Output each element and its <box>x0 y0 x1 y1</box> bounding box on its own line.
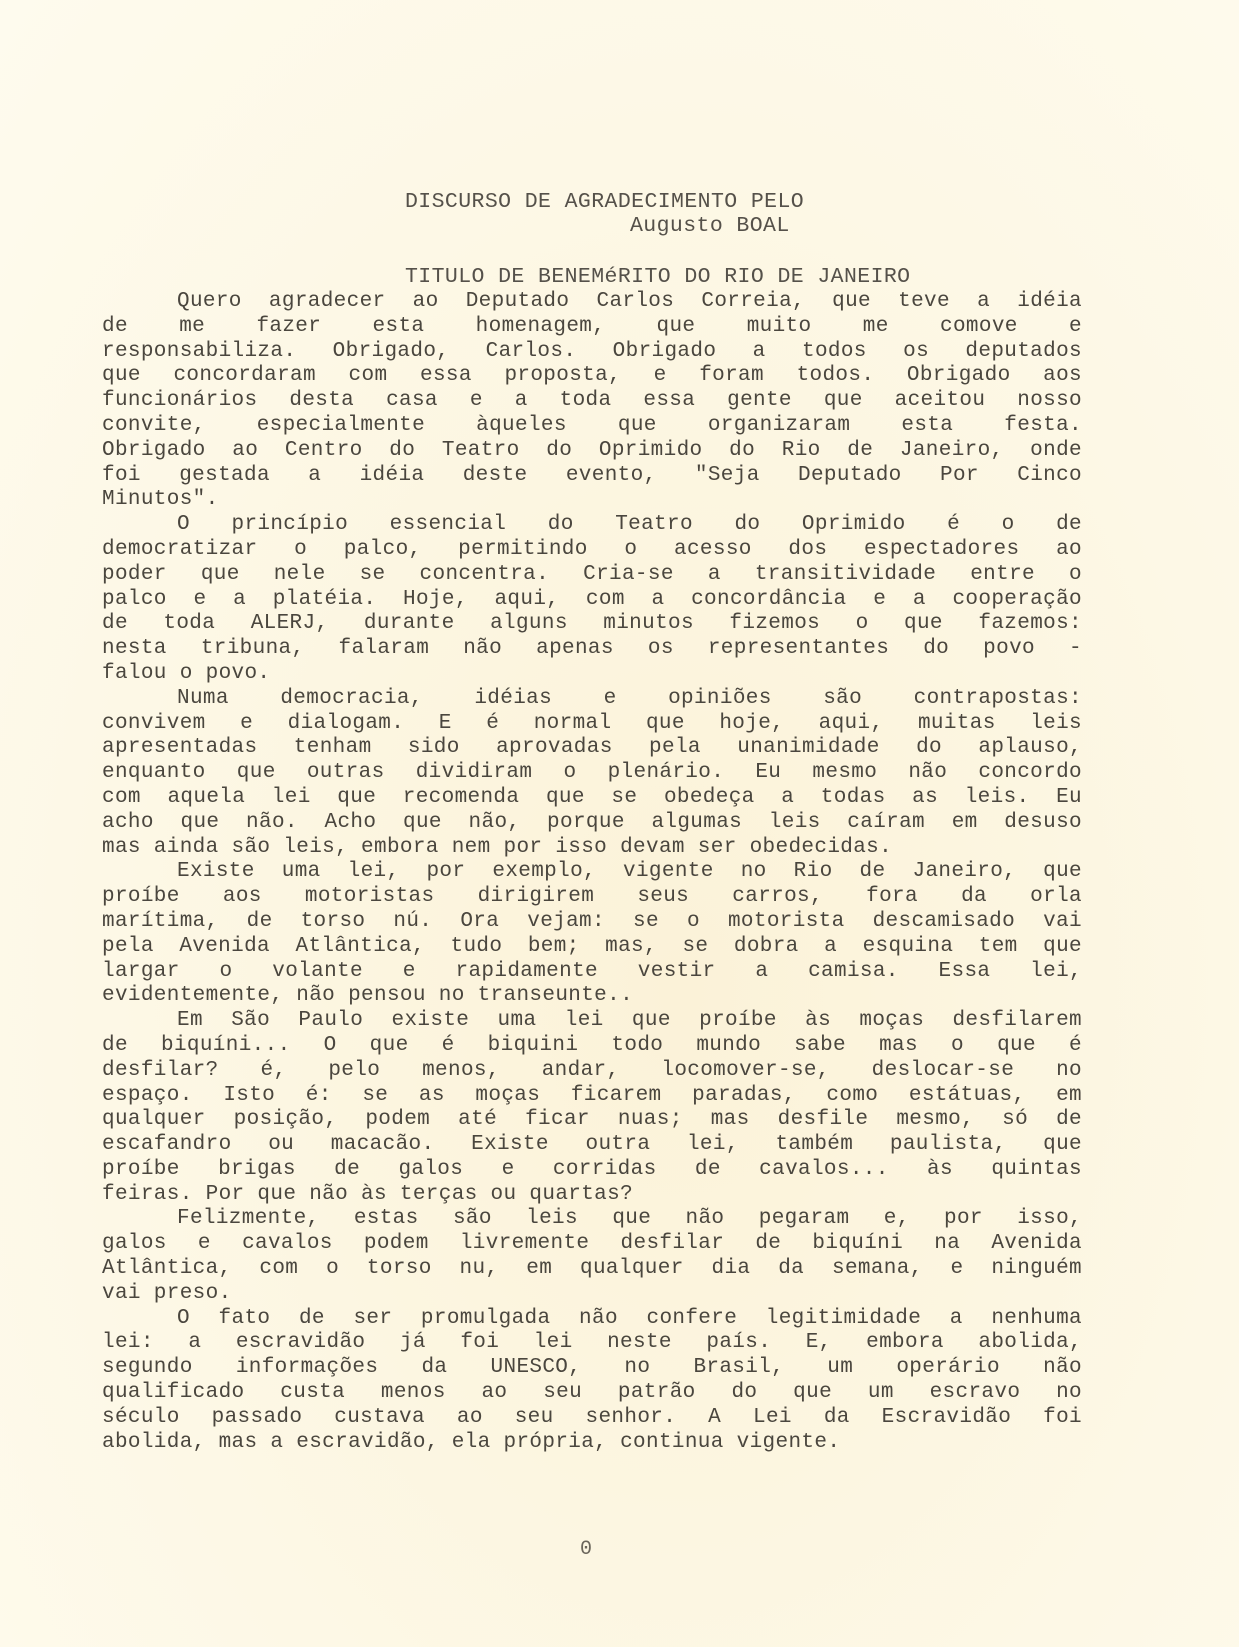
text-line: mas ainda são leis, embora nem por isso … <box>102 836 1082 861</box>
text-line: de me fazer esta homenagem, que muito me… <box>102 315 1082 340</box>
text-line: proíbe brigas de galos e corridas de cav… <box>102 1158 1082 1183</box>
text-line: O princípio essencial do Teatro do Oprim… <box>102 513 1082 538</box>
text-line: que concordaram com essa proposta, e for… <box>102 364 1082 389</box>
text-line: convite, especialmente àqueles que organ… <box>102 414 1082 439</box>
text-line: marítima, de torso nú. Ora vejam: se o m… <box>102 910 1082 935</box>
text-line: nesta tribuna, falaram não apenas os rep… <box>102 637 1082 662</box>
text-line: qualquer posição, podem até ficar nuas; … <box>102 1108 1082 1133</box>
text-line: escafandro ou macacão. Existe outra lei,… <box>102 1133 1082 1158</box>
text-line: Numa democracia, idéias e opiniões são c… <box>102 687 1082 712</box>
text-line: democratizar o palco, permitindo o acess… <box>102 538 1082 563</box>
text-line: falou o povo. <box>102 662 1082 687</box>
text-line: enquanto que outras dividiram o plenário… <box>102 761 1082 786</box>
text-line: segundo informações da UNESCO, no Brasil… <box>102 1356 1082 1381</box>
text-line: Obrigado ao Centro do Teatro do Oprimido… <box>102 439 1082 464</box>
text-line: Minutos". <box>102 488 1082 513</box>
text-line: de biquíni... O que é biquini todo mundo… <box>102 1034 1082 1059</box>
paragraph: O fato de ser promulgada não confere leg… <box>102 1307 1082 1456</box>
text-line: com aquela lei que recomenda que se obed… <box>102 786 1082 811</box>
text-line: vai preso. <box>102 1282 1082 1307</box>
text-line: evidentemente, não pensou no transeunte.… <box>102 984 1082 1009</box>
title-line-1: DISCURSO DE AGRADECIMENTO PELO <box>405 190 910 215</box>
text-line: funcionários desta casa e a toda essa ge… <box>102 389 1082 414</box>
page-marker: 0 <box>580 1538 592 1561</box>
text-line: abolida, mas a escravidão, ela própria, … <box>102 1431 1082 1456</box>
text-line: século passado custava ao seu senhor. A … <box>102 1406 1082 1431</box>
text-line: convivem e dialogam. E é normal que hoje… <box>102 712 1082 737</box>
text-line: feiras. Por que não às terças ou quartas… <box>102 1183 1082 1208</box>
author-name: Augusto BOAL <box>630 214 790 239</box>
text-line: Felizmente, estas são leis que não pegar… <box>102 1207 1082 1232</box>
paragraph: O princípio essencial do Teatro do Oprim… <box>102 513 1082 687</box>
paragraph: Numa democracia, idéias e opiniões são c… <box>102 687 1082 861</box>
paragraph: Felizmente, estas são leis que não pegar… <box>102 1207 1082 1306</box>
text-line: palco e a platéia. Hoje, aqui, com a con… <box>102 588 1082 613</box>
title-line-2: TITULO DE BENEMéRITO DO RIO DE JANEIRO <box>405 265 910 290</box>
text-line: foi gestada a idéia deste evento, "Seja … <box>102 464 1082 489</box>
text-line: Existe uma lei, por exemplo, vigente no … <box>102 860 1082 885</box>
text-line: Atlântica, com o torso nu, em qualquer d… <box>102 1257 1082 1282</box>
paragraph: Quero agradecer ao Deputado Carlos Corre… <box>102 290 1082 513</box>
text-line: apresentadas tenham sido aprovadas pela … <box>102 736 1082 761</box>
text-line: desfilar? é, pelo menos, andar, locomove… <box>102 1059 1082 1084</box>
text-line: acho que não. Acho que não, porque algum… <box>102 811 1082 836</box>
text-line: Em São Paulo existe uma lei que proíbe à… <box>102 1009 1082 1034</box>
speech-body: Quero agradecer ao Deputado Carlos Corre… <box>102 290 1082 1455</box>
text-line: proíbe aos motoristas dirigirem seus car… <box>102 885 1082 910</box>
text-line: lei: a escravidão já foi lei neste país.… <box>102 1331 1082 1356</box>
text-line: O fato de ser promulgada não confere leg… <box>102 1307 1082 1332</box>
text-line: largar o volante e rapidamente vestir a … <box>102 960 1082 985</box>
text-line: espaço. Isto é: se as moças ficarem para… <box>102 1084 1082 1109</box>
paragraph: Em São Paulo existe uma lei que proíbe à… <box>102 1009 1082 1207</box>
text-line: de toda ALERJ, durante alguns minutos fi… <box>102 612 1082 637</box>
text-line: responsabiliza. Obrigado, Carlos. Obriga… <box>102 340 1082 365</box>
text-line: Quero agradecer ao Deputado Carlos Corre… <box>102 290 1082 315</box>
paragraph: Existe uma lei, por exemplo, vigente no … <box>102 860 1082 1009</box>
text-line: qualificado custa menos ao seu patrão do… <box>102 1381 1082 1406</box>
text-line: poder que nele se concentra. Cria-se a t… <box>102 563 1082 588</box>
text-line: galos e cavalos podem livremente desfila… <box>102 1232 1082 1257</box>
text-line: pela Avenida Atlântica, tudo bem; mas, s… <box>102 935 1082 960</box>
